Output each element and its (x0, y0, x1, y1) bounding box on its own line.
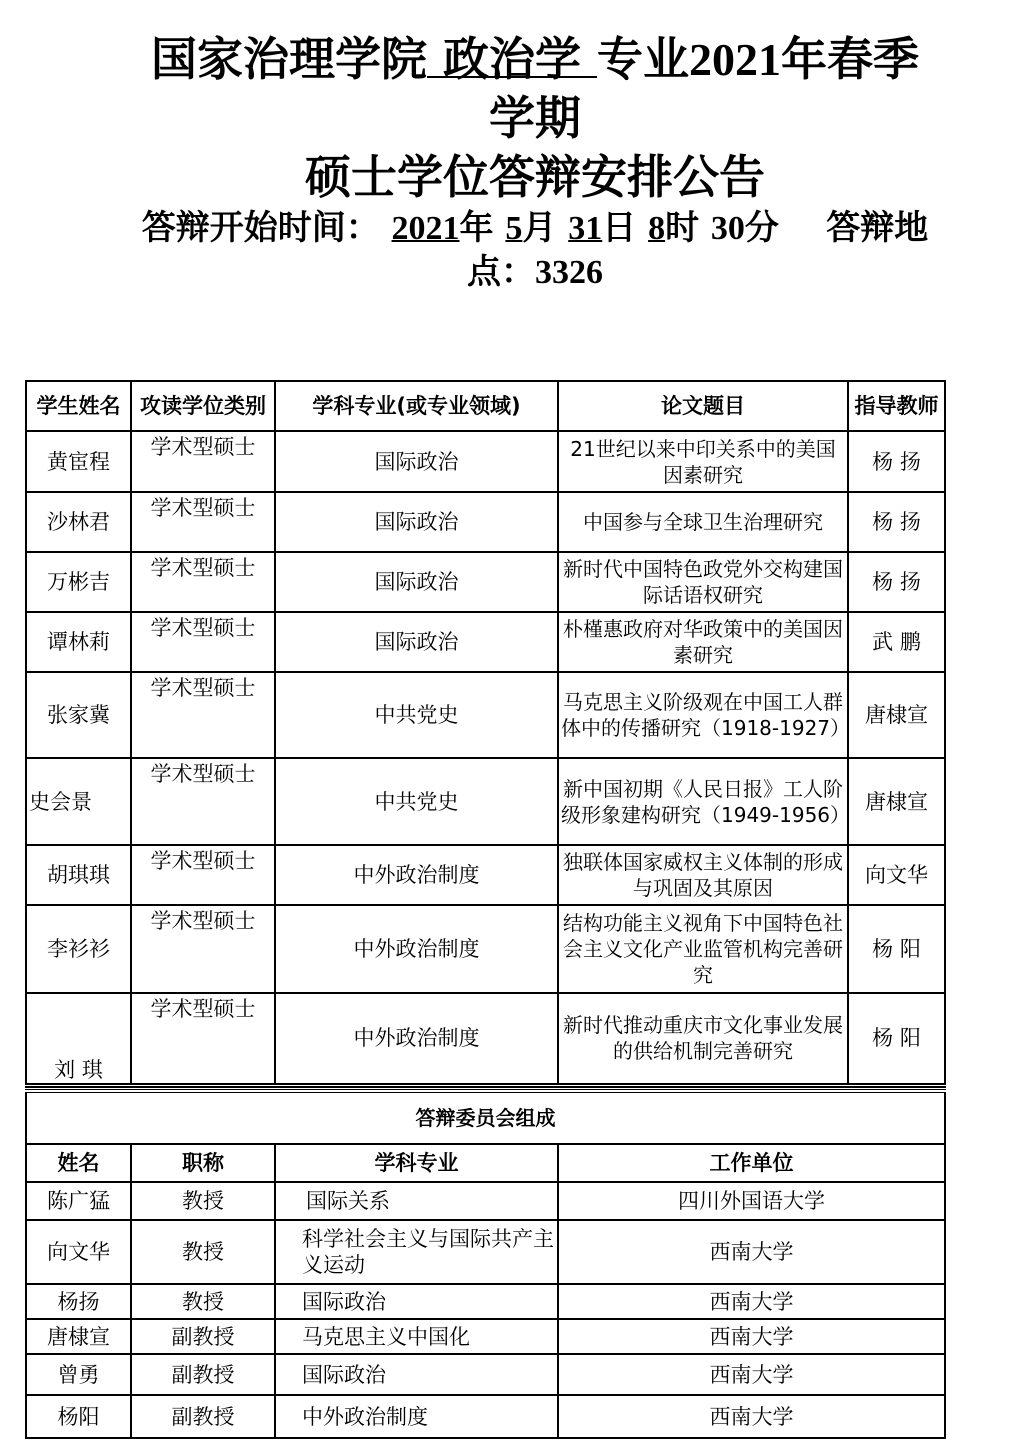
committee-row: 唐棣宣 副教授 马克思主义中国化 西南大学 (26, 1319, 945, 1354)
thesis-title: 21世纪以来中印关系中的美国因素研究 (558, 431, 848, 492)
title-year: 2021 (689, 34, 781, 85)
major: 中外政治制度 (275, 845, 558, 905)
degree-type: 学术型硕士 (131, 905, 275, 993)
announcement-title-line2: 学期 (60, 90, 1010, 146)
table-row: 胡琪琪 学术型硕士 中外政治制度 独联体国家威权主义体制的形成与巩固及其原因 向… (26, 845, 945, 905)
degree-type: 学术型硕士 (131, 845, 275, 905)
advisor: 唐棣宣 (848, 672, 945, 758)
header-member-title: 职称 (131, 1144, 275, 1182)
committee-title: 答辩委员会组成 (26, 1091, 945, 1144)
degree-type: 学术型硕士 (131, 492, 275, 552)
member-name: 杨阳 (26, 1395, 131, 1438)
defense-minute: 30 (711, 210, 745, 247)
table-row: 万彬吉 学术型硕士 国际政治 新时代中国特色政党外交构建国际话语权研究 杨 扬 (26, 552, 945, 612)
hour-unit: 时 (665, 208, 699, 248)
header-member-name: 姓名 (26, 1144, 131, 1182)
member-title: 教授 (131, 1220, 275, 1284)
defense-place: 3326 (535, 254, 603, 291)
place-label: 答辩地 (826, 208, 928, 248)
degree-type: 学术型硕士 (131, 431, 275, 492)
degree-type: 学术型硕士 (131, 993, 275, 1085)
member-unit: 西南大学 (558, 1319, 945, 1354)
member-unit: 四川外国语大学 (558, 1182, 945, 1220)
major: 中共党史 (275, 758, 558, 845)
advisor: 杨 扬 (848, 552, 945, 612)
header-degree-type: 攻读学位类别 (131, 381, 275, 431)
member-major: 国际政治 (275, 1284, 558, 1319)
committee-row: 杨阳 副教授 中外政治制度 西南大学 (26, 1395, 945, 1438)
member-name: 杨扬 (26, 1284, 131, 1319)
degree-type: 学术型硕士 (131, 612, 275, 672)
member-major: 国际政治 (275, 1354, 558, 1395)
thesis-title: 结构功能主义视角下中国特色社会主义文化产业监管机构完善研究 (558, 905, 848, 993)
student-name: 刘 琪 (26, 993, 131, 1085)
minute-unit: 分 (745, 208, 779, 248)
member-unit: 西南大学 (558, 1354, 945, 1395)
defense-hour: 8 (648, 210, 665, 247)
member-unit: 西南大学 (558, 1220, 945, 1284)
student-name: 张家冀 (26, 672, 131, 758)
student-name: 沙林君 (26, 492, 131, 552)
student-name: 万彬吉 (26, 552, 131, 612)
header-thesis-title: 论文题目 (558, 381, 848, 431)
defense-day: 31 (568, 210, 602, 247)
committee-row: 杨扬 教授 国际政治 西南大学 (26, 1284, 945, 1319)
header-advisor: 指导教师 (848, 381, 945, 431)
member-unit: 西南大学 (558, 1395, 945, 1438)
advisor: 杨 扬 (848, 492, 945, 552)
committee-row: 曾勇 副教授 国际政治 西南大学 (26, 1354, 945, 1395)
defense-time-line: 答辩开始时间： 2021年 5月 31日 8时 30分 答辩地 (60, 205, 1010, 252)
thesis-title: 新中国初期《人民日报》工人阶级形象建构研究（1949-1956） (558, 758, 848, 845)
advisor: 唐棣宣 (848, 758, 945, 845)
thesis-title: 马克思主义阶级观在中国工人群体中的传播研究（1918-1927） (558, 672, 848, 758)
month-unit: 月 (522, 208, 556, 248)
member-title: 教授 (131, 1284, 275, 1319)
table-row: 史会景 学术型硕士 中共党史 新中国初期《人民日报》工人阶级形象建构研究（194… (26, 758, 945, 845)
header-major: 学科专业(或专业领域) (275, 381, 558, 431)
major-name: 政治学 (427, 32, 597, 86)
defense-place-line: 点：3326 (60, 252, 1010, 293)
student-name: 李衫衫 (26, 905, 131, 993)
defense-month: 5 (505, 210, 522, 247)
header-member-major: 学科专业 (275, 1144, 558, 1182)
announcement-title-line1: 国家治理学院 政治学 专业2021年春季 (60, 30, 1010, 89)
committee-header-row: 姓名 职称 学科专业 工作单位 (26, 1144, 945, 1182)
member-title: 副教授 (131, 1319, 275, 1354)
advisor: 杨 扬 (848, 431, 945, 492)
committee-row: 向文华 教授 科学社会主义与国际共产主义运动 西南大学 (26, 1220, 945, 1284)
school-name: 国家治理学院 (151, 32, 427, 86)
major: 中外政治制度 (275, 905, 558, 993)
major: 国际政治 (275, 552, 558, 612)
degree-type: 学术型硕士 (131, 758, 275, 845)
member-name: 陈广猛 (26, 1182, 131, 1220)
major: 中共党史 (275, 672, 558, 758)
thesis-title: 朴槿惠政府对华政策中的美国因素研究 (558, 612, 848, 672)
major: 国际政治 (275, 612, 558, 672)
member-name: 向文华 (26, 1220, 131, 1284)
student-name: 胡琪琪 (26, 845, 131, 905)
announcement-title-line3: 硕士学位答辩安排公告 (60, 148, 1010, 206)
committee-title-row: 答辩委员会组成 (26, 1091, 945, 1144)
member-title: 副教授 (131, 1354, 275, 1395)
header-member-unit: 工作单位 (558, 1144, 945, 1182)
table-row: 张家冀 学术型硕士 中共党史 马克思主义阶级观在中国工人群体中的传播研究（191… (26, 672, 945, 758)
major: 中外政治制度 (275, 993, 558, 1085)
header-student-name: 学生姓名 (26, 381, 131, 431)
table-row: 李衫衫 学术型硕士 中外政治制度 结构功能主义视角下中国特色社会主义文化产业监管… (26, 905, 945, 993)
member-major: 中外政治制度 (275, 1395, 558, 1438)
member-title: 教授 (131, 1182, 275, 1220)
place-label-end: 点： (467, 252, 535, 292)
degree-type: 学术型硕士 (131, 552, 275, 612)
advisor: 向文华 (848, 845, 945, 905)
advisor: 武 鹏 (848, 612, 945, 672)
thesis-title: 独联体国家威权主义体制的形成与巩固及其原因 (558, 845, 848, 905)
member-name: 曾勇 (26, 1354, 131, 1395)
committee-row: 陈广猛 教授 国际关系 四川外国语大学 (26, 1182, 945, 1220)
student-name: 谭林莉 (26, 612, 131, 672)
year-unit: 年 (460, 208, 494, 248)
student-name: 史会景 (26, 758, 131, 845)
member-major: 马克思主义中国化 (275, 1319, 558, 1354)
title-term: 年春季 (781, 32, 919, 86)
table-row: 刘 琪 学术型硕士 中外政治制度 新时代推动重庆市文化事业发展的供给机制完善研究… (26, 993, 945, 1085)
thesis-title: 新时代推动重庆市文化事业发展的供给机制完善研究 (558, 993, 848, 1085)
member-unit: 西南大学 (558, 1284, 945, 1319)
member-title: 副教授 (131, 1395, 275, 1438)
member-major: 国际关系 (275, 1182, 558, 1220)
time-label: 答辩开始时间： (142, 208, 380, 248)
thesis-title: 中国参与全球卫生治理研究 (558, 492, 848, 552)
advisor: 杨 阳 (848, 905, 945, 993)
major: 国际政治 (275, 492, 558, 552)
table-row: 沙林君 学术型硕士 国际政治 中国参与全球卫生治理研究 杨 扬 (26, 492, 945, 552)
defense-year: 2021 (392, 210, 460, 247)
student-name: 黄宦程 (26, 431, 131, 492)
students-header-row: 学生姓名 攻读学位类别 学科专业(或专业领域) 论文题目 指导教师 (26, 381, 945, 431)
table-row: 谭林莉 学术型硕士 国际政治 朴槿惠政府对华政策中的美国因素研究 武 鹏 (26, 612, 945, 672)
students-table: 学生姓名 攻读学位类别 学科专业(或专业领域) 论文题目 指导教师 黄宦程 学术… (25, 380, 946, 1088)
committee-table: 答辩委员会组成 姓名 职称 学科专业 工作单位 陈广猛 教授 国际关系 四川外国… (25, 1089, 946, 1439)
member-name: 唐棣宣 (26, 1319, 131, 1354)
member-major: 科学社会主义与国际共产主义运动 (275, 1220, 558, 1284)
major-suffix: 专业 (597, 32, 689, 86)
table-row: 黄宦程 学术型硕士 国际政治 21世纪以来中印关系中的美国因素研究 杨 扬 (26, 431, 945, 492)
advisor: 杨 阳 (848, 993, 945, 1085)
day-unit: 日 (602, 208, 636, 248)
degree-type: 学术型硕士 (131, 672, 275, 758)
thesis-title: 新时代中国特色政党外交构建国际话语权研究 (558, 552, 848, 612)
major: 国际政治 (275, 431, 558, 492)
